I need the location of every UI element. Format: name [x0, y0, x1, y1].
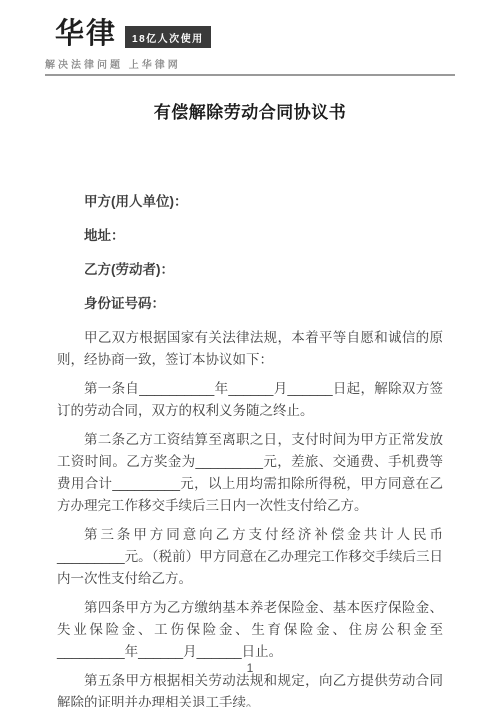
intro-paragraph: 甲乙双方根据国家有关法律法规，本着平等自愿和诚信的原则，经协商一致，签订本协议如… — [57, 327, 443, 371]
contract-document: 有偿解除劳动合同协议书 甲方(用人单位)： 地址： 乙方(劳动者)： 身份证号码… — [0, 98, 500, 707]
article-1: 第一条自__________年______月______日起，解除双方签订的劳动… — [57, 378, 443, 422]
party-fields: 甲方(用人单位)： 地址： 乙方(劳动者)： 身份证号码： — [57, 191, 443, 315]
field-id-number: 身份证号码： — [57, 293, 443, 315]
article-3: 第三条甲方同意向乙方支付经济补偿金共计人民币_________元。（税前）甲方同… — [57, 524, 443, 590]
document-title: 有偿解除劳动合同协议书 — [57, 98, 443, 123]
page-footer: 1 — [0, 661, 500, 675]
article-2: 第二条乙方工资结算至离职之日，支付时间为甲方正常发放工资时间。乙方奖金为____… — [57, 429, 443, 517]
article-5: 第五条甲方根据相关劳动法规和规定，向乙方提供劳动合同解除的证明并办理相关退工手续… — [57, 670, 443, 707]
hualv-logo: 华律 — [55, 20, 117, 49]
usage-count-badge: 18亿人次使用 — [125, 26, 211, 48]
field-party-a: 甲方(用人单位)： — [57, 191, 443, 213]
field-address: 地址： — [57, 225, 443, 247]
page-number: 1 — [247, 661, 254, 675]
field-party-b: 乙方(劳动者)： — [57, 259, 443, 281]
brand-tagline: 解决法律问题 上华律网 — [45, 56, 455, 71]
article-4: 第四条甲方为乙方缴纳基本养老保险金、基本医疗保险金、失业保险金、工伤保险金、生育… — [57, 597, 443, 663]
logo-row: 华律 18亿人次使用 — [45, 20, 455, 49]
header-divider — [45, 74, 455, 76]
brand-header: 华律 18亿人次使用 解决法律问题 上华律网 — [0, 0, 500, 76]
document-page: { "colors": { "badge_bg": "#3a3a3a", "ba… — [0, 0, 500, 707]
